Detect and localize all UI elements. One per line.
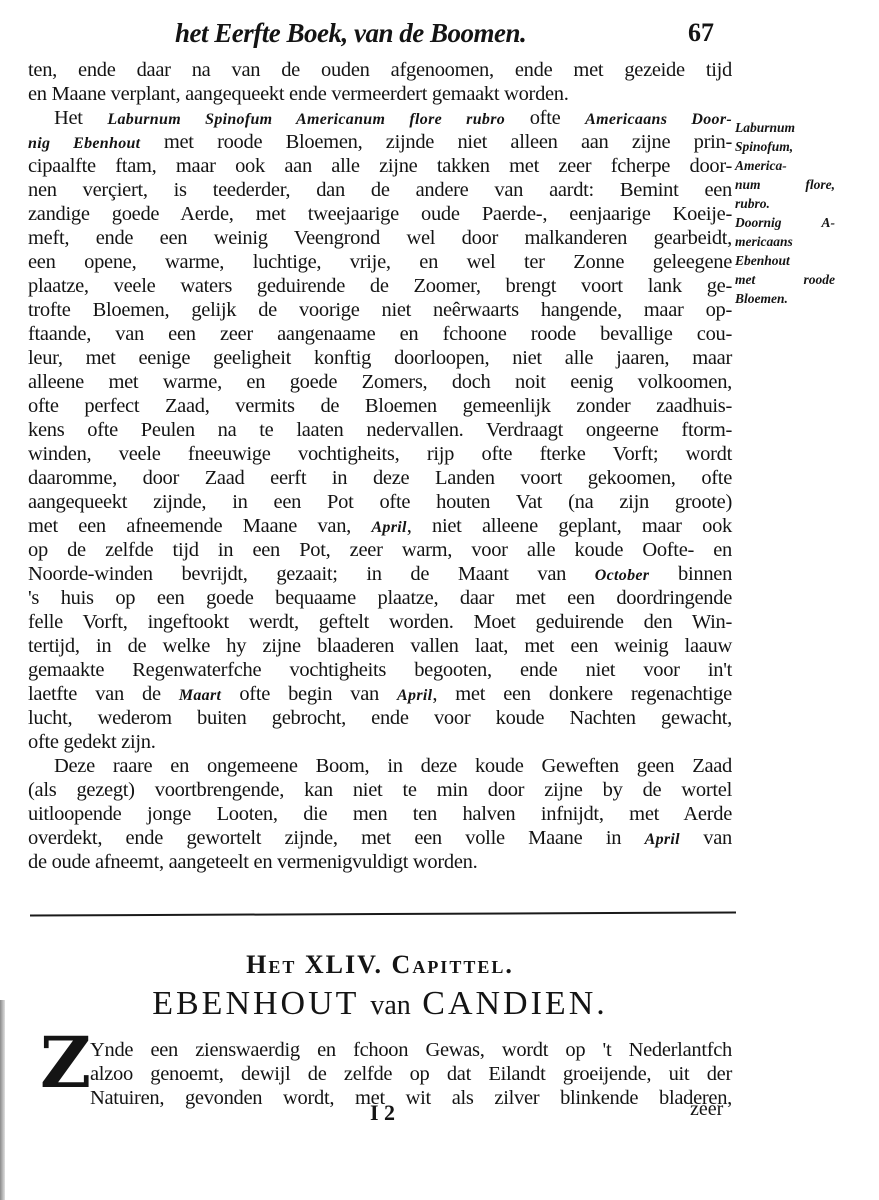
chapter-title-word: EBENHOUT — [152, 985, 359, 1022]
month-name: Maart — [179, 687, 221, 704]
page-edge-shadow — [0, 1000, 5, 1200]
signature-mark: I 2 — [370, 1100, 395, 1126]
text-line: winden, veele fneeuwige vochtigheits, ri… — [28, 442, 732, 466]
month-name: April — [397, 687, 432, 704]
text-fragment: met een afneemende Maane van, — [28, 515, 351, 537]
margin-note-line: Bloemen. — [735, 289, 835, 308]
text-line: alleene met warme, en goede Zomers, doch… — [28, 370, 732, 394]
text-line: Deze raare en ongemeene Boom, in deze ko… — [28, 754, 732, 778]
text-fragment: Noorde-winden bevrijdt, gezaait; in de M… — [28, 563, 566, 585]
text-line: cipaalfte ftam, maar ook aan alle zijne … — [28, 154, 732, 178]
month-name: April — [371, 519, 406, 536]
margin-note-line: rubro. — [735, 194, 835, 213]
margin-note-line: Ebenhout — [735, 251, 835, 270]
text-line: plaatze, veele waters geduirende de Zoom… — [28, 274, 732, 298]
text-line: overdekt, ende gewortelt zijnde, met een… — [28, 826, 732, 850]
running-title: het Eerfte Boek, van de Boomen. — [175, 18, 526, 49]
text-line: daaromme, door Zaad eerft in deze Landen… — [28, 466, 732, 490]
text-line: trofte Bloemen, gelijk de voorige niet n… — [28, 298, 732, 322]
text-fragment: , met een donkere regenachtige — [432, 683, 732, 705]
text-fragment: ofte — [530, 107, 561, 129]
text-line: tertijd, in de welke hy zijne blaaderen … — [28, 634, 732, 658]
text-line: met een afneemende Maane van, April, nie… — [28, 514, 732, 538]
section-divider — [30, 911, 736, 916]
book-page: het Eerfte Boek, van de Boomen. 67 ten, … — [0, 0, 879, 1200]
text-line: zandige goede Aerde, met tweejaarige oud… — [28, 202, 732, 226]
margin-note-line: mericaans — [735, 232, 835, 251]
page-number: 67 — [688, 18, 714, 48]
margin-note-line: met roode — [735, 270, 835, 289]
text-line: 's huis op een goede bequaame plaatze, d… — [28, 586, 732, 610]
text-fragment: ofte begin van — [239, 683, 379, 705]
drop-cap: Z — [40, 1035, 91, 1091]
text-line: op de zelfde tijd in een Pot, zeer warm,… — [28, 538, 732, 562]
margin-note-line: Doornig A- — [735, 213, 835, 232]
text-fragment: Het — [54, 107, 83, 129]
catchword: zeer — [690, 1098, 723, 1121]
text-fragment: , niet alleene geplant, maar ook — [407, 515, 732, 537]
text-line: (als gezegt) voortbrengende, kan niet te… — [28, 778, 732, 802]
margin-note-line: num flore, — [735, 175, 835, 194]
text-line: kens ofte Peulen na te laaten nedervalle… — [28, 418, 732, 442]
text-line: lucht, wederom buiten gebrocht, ende voo… — [28, 706, 732, 730]
text-fragment: met roode Bloemen, zijnde niet alleen aa… — [164, 131, 732, 153]
text-line: Het Laburnum Spinofum Americanum flore r… — [28, 106, 732, 130]
text-fragment: overdekt, ende gewortelt zijnde, met een… — [28, 827, 621, 849]
chapter-title: EBENHOUT van CANDIEN. — [0, 985, 760, 1023]
text-line: leur, met eenige geeligheit konftig door… — [28, 346, 732, 370]
latin-name: Laburnum Spinofum Americanum flore rubro — [107, 111, 505, 128]
text-line: felle Vorft, ingeftookt werdt, geftelt w… — [28, 610, 732, 634]
text-line: Ynde een zienswaerdig en fchoon Gewas, w… — [90, 1038, 732, 1062]
text-line: de oude afneemt, aangeteelt en vermenigv… — [28, 850, 732, 874]
text-fragment: laetfte van de — [28, 683, 161, 705]
text-line: en Maane verplant, aangequeekt ende verm… — [28, 82, 732, 106]
text-line: meft, ende een weinig Veengrond wel door… — [28, 226, 732, 250]
text-line: alzoo genoemt, dewijl de zelfde op dat E… — [90, 1062, 732, 1086]
text-fragment: binnen — [678, 563, 732, 585]
text-line: ofte gedekt zijn. — [28, 730, 732, 754]
text-line: uitloopende jonge Looten, die men ten ha… — [28, 802, 732, 826]
text-line: ten, ende daar na van de ouden afgenoome… — [28, 58, 732, 82]
text-line: nen verçiert, is teederder, dan de ander… — [28, 178, 732, 202]
text-fragment: van — [703, 827, 732, 849]
margin-note-line: Laburnum — [735, 118, 835, 137]
text-line: ftaande, van een zeer aangenaame en fcho… — [28, 322, 732, 346]
text-line: gemaakte Regenwaterfche vochtigheits beg… — [28, 658, 732, 682]
month-name: October — [595, 567, 650, 584]
text-line: een opene, warme, luchtige, vrije, en we… — [28, 250, 732, 274]
text-line: Noorde-winden bevrijdt, gezaait; in de M… — [28, 562, 732, 586]
chapter-title-word: CANDIEN. — [422, 985, 607, 1022]
margin-note: Laburnum Spinofum, America- num flore, r… — [735, 118, 835, 308]
chapter-number-heading: Het XLIV. Capittel. — [0, 950, 760, 980]
text-line: ofte perfect Zaad, vermits de Bloemen ge… — [28, 394, 732, 418]
dutch-name: nig Ebenhout — [28, 135, 140, 152]
text-line: Natuiren, gevonden wordt, met wit als zi… — [90, 1086, 732, 1110]
text-line: aangequeekt zijnde, in een Pot ofte hout… — [28, 490, 732, 514]
margin-note-line: Spinofum, — [735, 137, 835, 156]
chapter-body: Ynde een zienswaerdig en fchoon Gewas, w… — [90, 1038, 732, 1110]
margin-note-line: America- — [735, 156, 835, 175]
chapter-title-word: van — [370, 990, 410, 1021]
body-text: ten, ende daar na van de ouden afgenoome… — [28, 58, 732, 874]
dutch-name: Americaans Door- — [585, 111, 732, 128]
text-line: nig Ebenhout met roode Bloemen, zijnde n… — [28, 130, 732, 154]
running-head: het Eerfte Boek, van de Boomen. 67 — [175, 18, 735, 58]
month-name: April — [645, 831, 680, 848]
text-line: laetfte van de Maart ofte begin van Apri… — [28, 682, 732, 706]
